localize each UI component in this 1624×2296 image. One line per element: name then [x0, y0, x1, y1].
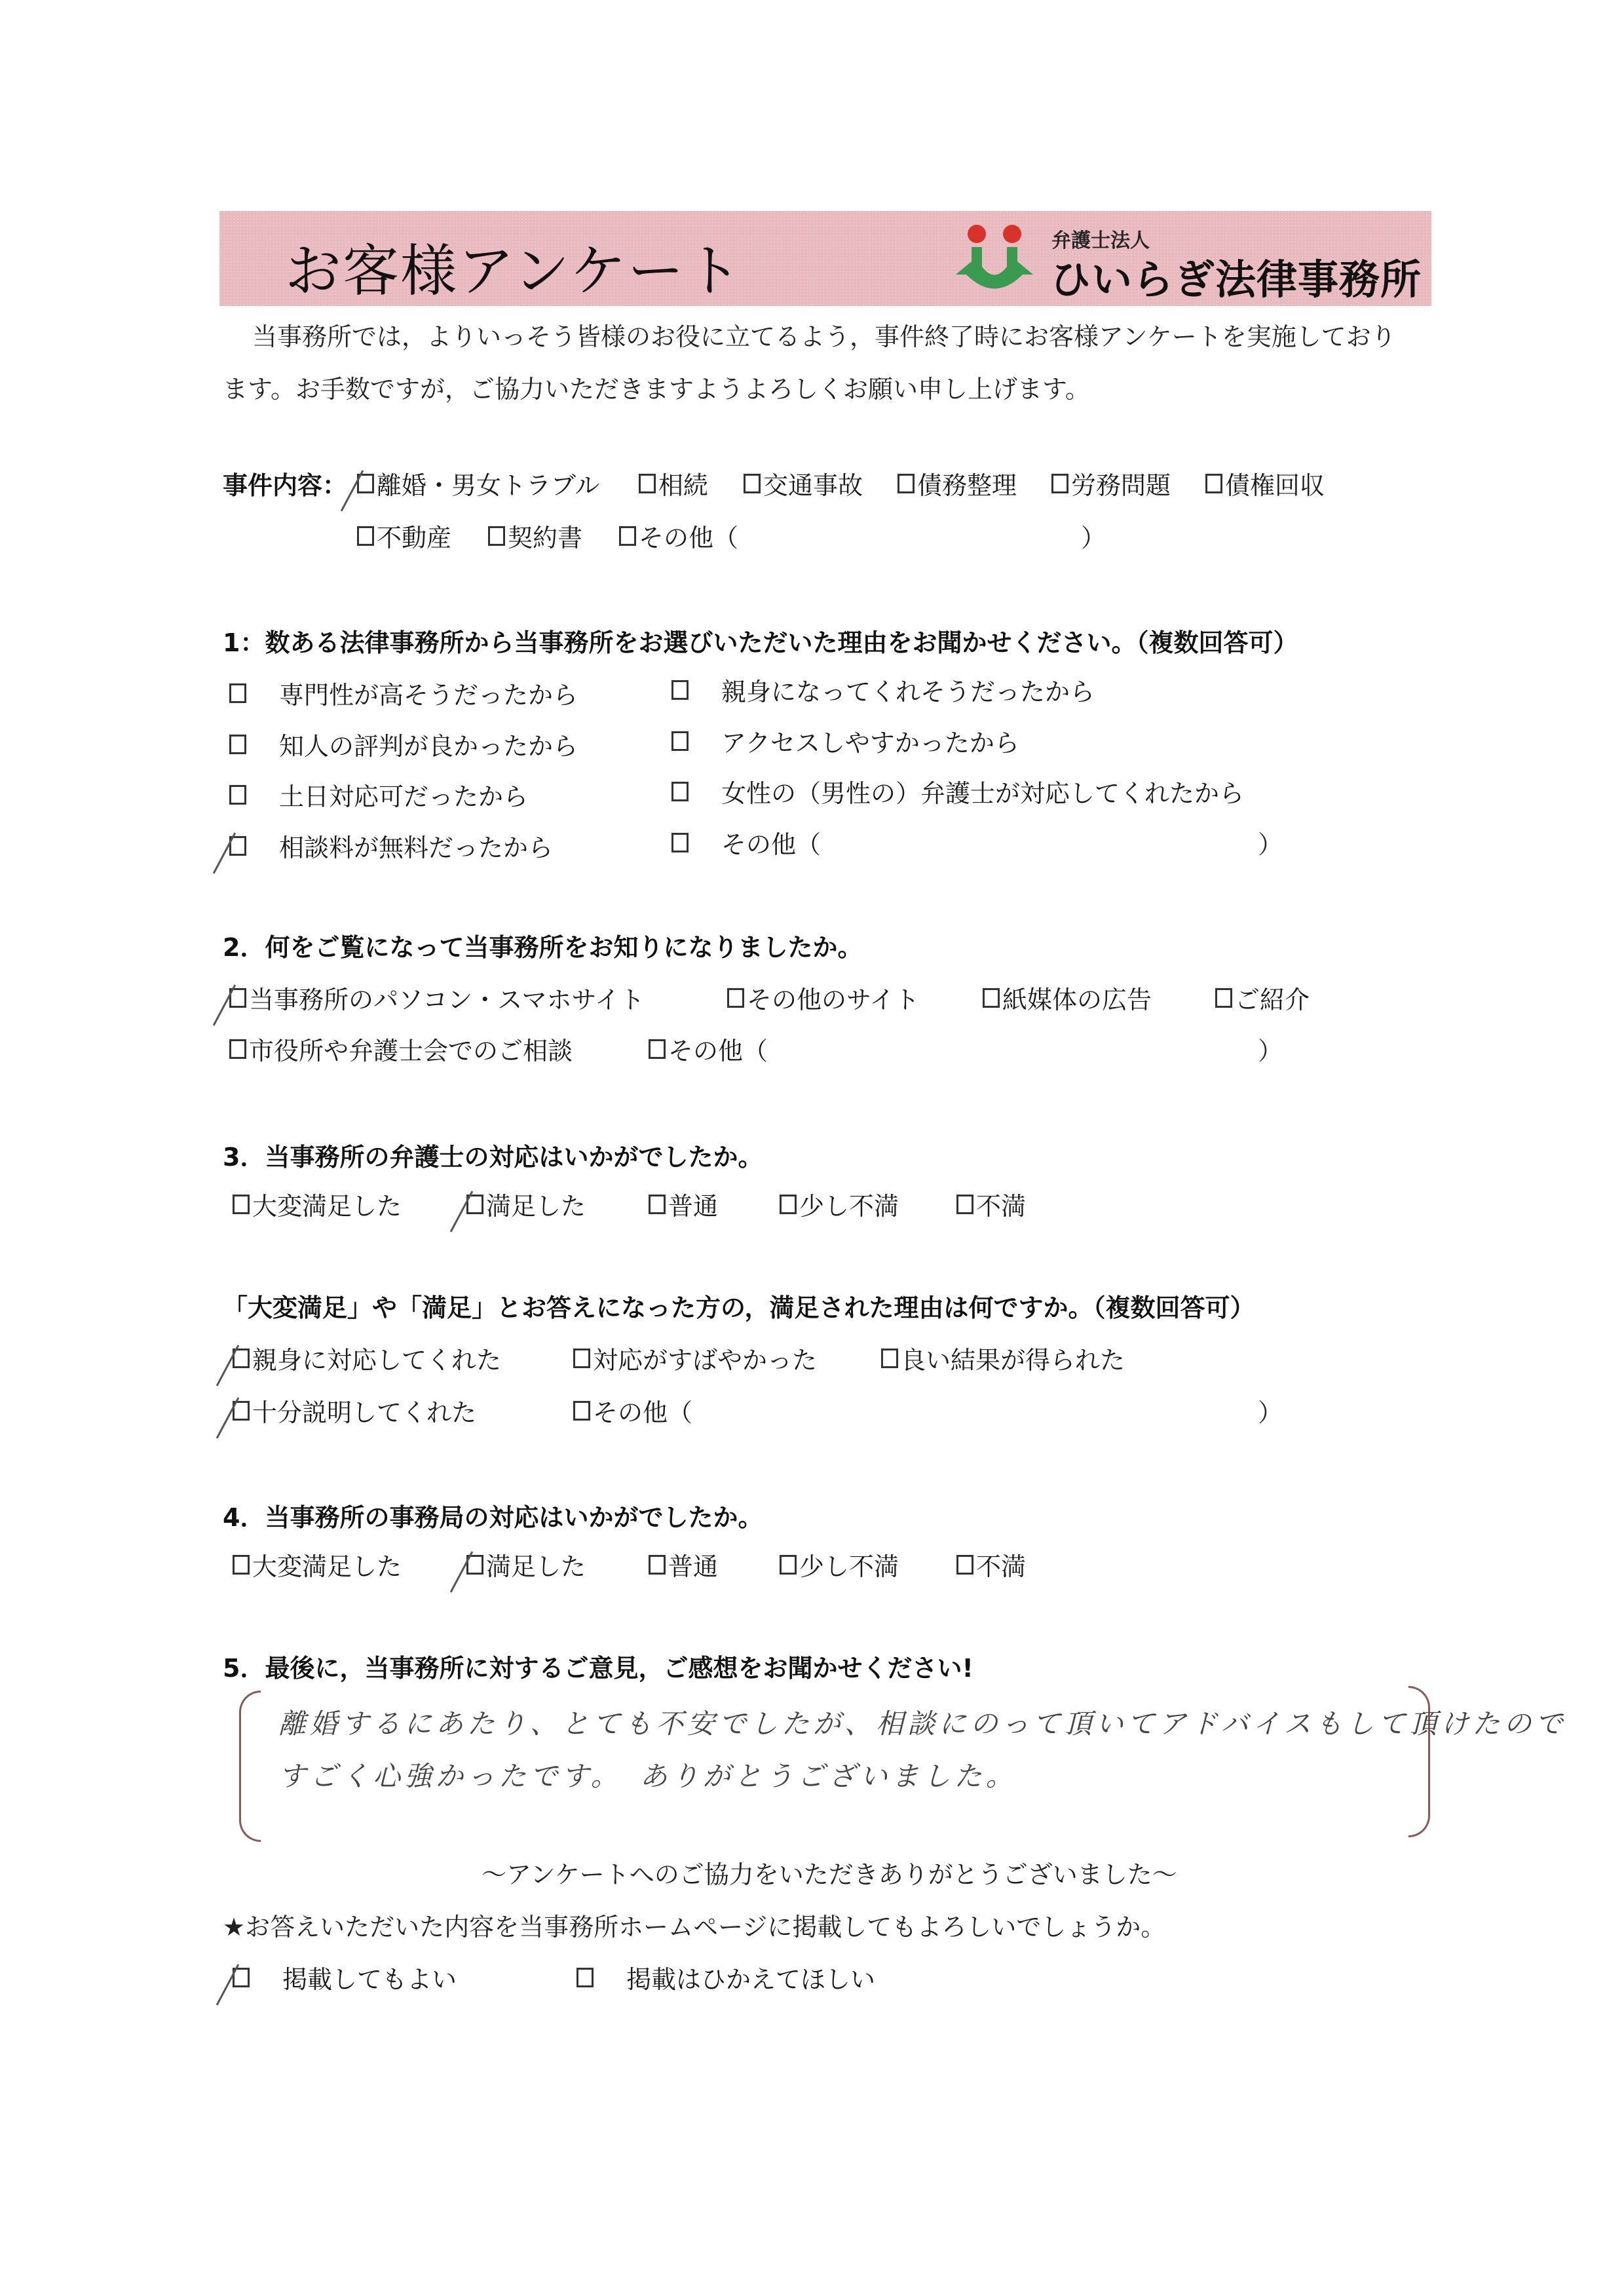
q2-option-referral[interactable]: ご紹介: [1215, 980, 1310, 1016]
q4-option-dissatisfied[interactable]: 不満: [956, 1546, 1026, 1582]
q5-title: 5．最後に，当事務所に対するご意見，ご感想をお聞かせください!: [223, 1648, 973, 1684]
q3b-option-other[interactable]: その他（: [573, 1392, 692, 1428]
checkbox[interactable]: [780, 1195, 797, 1214]
q4-option-neutral[interactable]: 普通: [649, 1546, 718, 1582]
q2-option-other[interactable]: その他（: [649, 1031, 768, 1067]
checkbox[interactable]: [671, 731, 689, 751]
q3-option-slightly-dissatisfied[interactable]: 少し不満: [780, 1186, 899, 1222]
checkbox[interactable]: [671, 680, 689, 700]
q2-option-city-office[interactable]: 市役所や弁護士会でのご相談: [229, 1031, 573, 1067]
case-option-realestate[interactable]: 不動産: [357, 518, 451, 554]
q1-option-weekend[interactable]: 土日対応可だったから: [229, 776, 528, 813]
checkbox[interactable]: [233, 1195, 250, 1214]
thanks-message: ～アンケートへのご協力をいただきありがとうございました～: [482, 1854, 1177, 1890]
case-option-other[interactable]: その他（: [619, 518, 738, 554]
checkbox[interactable]: [229, 683, 246, 703]
q4-title: 4．当事務所の事務局の対応はいかがでしたか。: [223, 1497, 763, 1533]
case-option-labor[interactable]: 労務問題: [1051, 465, 1171, 501]
q1-option-reputation[interactable]: 知人の評判が良かったから: [229, 726, 578, 762]
checkbox[interactable]: [744, 474, 761, 493]
checkbox[interactable]: [639, 474, 656, 493]
comment-bracket-left: [239, 1691, 261, 1842]
q1-title: 1：数ある法律事務所から当事務所をお選びいただいた理由をお聞かせください。（複数…: [223, 622, 1298, 659]
q4-option-slightly-dissatisfied[interactable]: 少し不満: [780, 1546, 899, 1582]
q1-other-close-paren: ）: [1258, 824, 1283, 860]
checkbox[interactable]: [956, 1195, 973, 1214]
intro-line-1: 当事務所では，よりいっそう皆様のお役に立てるよう，事件終了時にお客様アンケートを…: [252, 308, 1396, 366]
checkbox[interactable]: [671, 833, 689, 852]
q4-option-very-satisfied[interactable]: 大変満足した: [233, 1546, 402, 1582]
case-option-divorce[interactable]: 離婚・男女トラブル: [357, 465, 599, 501]
case-type-label: 事件内容：: [223, 465, 347, 501]
q2-option-print-ad[interactable]: 紙媒体の広告: [983, 980, 1152, 1016]
checkbox[interactable]: [357, 526, 374, 546]
page-title: お客様アンケート: [285, 225, 743, 307]
checkbox-checked[interactable]: [233, 1401, 250, 1421]
firm-logo-icon: [952, 221, 1037, 296]
checkbox-checked[interactable]: [233, 1968, 250, 1987]
q3-option-satisfied[interactable]: 満足した: [466, 1186, 586, 1222]
publish-option-ok[interactable]: 掲載してもよい: [233, 1959, 457, 1995]
checkbox[interactable]: [649, 1039, 666, 1059]
checkbox[interactable]: [1215, 988, 1232, 1008]
q3b-option-explained[interactable]: 十分説明してくれた: [233, 1392, 476, 1428]
q3-title: 3．当事務所の弁護士の対応はいかがでしたか。: [223, 1137, 763, 1173]
case-option-contract[interactable]: 契約書: [488, 518, 582, 554]
checkbox[interactable]: [229, 1039, 246, 1059]
checkbox[interactable]: [727, 988, 744, 1008]
checkbox-checked[interactable]: [357, 474, 374, 493]
case-option-debt[interactable]: 債務整理: [897, 465, 1017, 501]
q1-option-other[interactable]: その他（: [671, 824, 821, 860]
checkbox-checked[interactable]: [466, 1195, 483, 1214]
checkbox[interactable]: [956, 1555, 973, 1575]
intro-line-2: ます。お手数ですが，ご協力いただきますようよろしくお願い申し上げます。: [223, 360, 1090, 418]
q1-option-access[interactable]: アクセスしやすかったから: [671, 723, 1019, 759]
publish-question: ★お答えいただいた内容を当事務所ホームページに掲載してもよろしいでしょうか。: [223, 1907, 1165, 1943]
q3-option-very-satisfied[interactable]: 大変満足した: [233, 1186, 402, 1222]
q1-option-expertise[interactable]: 専門性が高そうだったから: [229, 675, 578, 711]
checkbox[interactable]: [488, 526, 505, 546]
checkbox-checked[interactable]: [229, 836, 246, 856]
checkbox-checked[interactable]: [229, 988, 246, 1008]
q3b-option-caring[interactable]: 親身に対応してくれた: [233, 1340, 501, 1376]
checkbox[interactable]: [573, 1401, 590, 1421]
checkbox[interactable]: [233, 1555, 250, 1575]
q1-option-free-consult[interactable]: 相談料が無料だったから: [229, 828, 553, 864]
q2-option-other-site[interactable]: その他のサイト: [727, 980, 919, 1016]
q3b-option-good-result[interactable]: 良い結果が得られた: [881, 1340, 1125, 1376]
q4-option-satisfied[interactable]: 満足した: [466, 1546, 586, 1582]
checkbox[interactable]: [780, 1555, 797, 1575]
q3b-other-close-paren: ）: [1258, 1392, 1283, 1428]
checkbox[interactable]: [881, 1349, 898, 1368]
checkbox[interactable]: [649, 1555, 666, 1575]
case-option-inheritance[interactable]: 相続: [639, 465, 708, 501]
q2-other-close-paren: ）: [1258, 1031, 1283, 1067]
checkbox-checked[interactable]: [466, 1555, 483, 1575]
firm-name: ひいらぎ法律事務所: [1050, 247, 1422, 305]
checkbox[interactable]: [671, 782, 689, 801]
checkbox[interactable]: [619, 526, 636, 546]
case-other-close-paren: ）: [1081, 518, 1106, 554]
checkbox[interactable]: [983, 988, 1000, 1008]
q3-option-dissatisfied[interactable]: 不満: [956, 1186, 1026, 1222]
checkbox[interactable]: [1051, 474, 1068, 493]
case-option-traffic[interactable]: 交通事故: [744, 465, 863, 501]
checkbox[interactable]: [229, 735, 246, 754]
q3b-title: 「大変満足」や「満足」とお答えになった方の，満足された理由は何ですか。（複数回答…: [223, 1288, 1255, 1324]
q3b-option-quick[interactable]: 対応がすばやかった: [573, 1340, 817, 1376]
comment-line-1[interactable]: 離婚するにあたり、とても不安でしたが、相談にのって頂いてアドバイスもして頂けたの…: [278, 1694, 1566, 1754]
checkbox[interactable]: [897, 474, 915, 493]
q2-option-website[interactable]: 当事務所のパソコン・スマホサイト: [229, 980, 645, 1016]
comment-line-2[interactable]: すごく心強かったです。 ありがとうございました。: [278, 1746, 1017, 1807]
checkbox[interactable]: [576, 1968, 594, 1987]
checkbox[interactable]: [229, 785, 246, 805]
q3-option-neutral[interactable]: 普通: [649, 1186, 718, 1222]
publish-option-decline[interactable]: 掲載はひかえてほしい: [576, 1959, 875, 1995]
checkbox[interactable]: [573, 1349, 590, 1368]
checkbox[interactable]: [1205, 474, 1222, 493]
checkbox[interactable]: [649, 1195, 666, 1214]
header-band: お客様アンケート 弁護士法人 ひいらぎ法律事務所: [219, 211, 1431, 306]
case-option-collection[interactable]: 債権回収: [1205, 465, 1325, 501]
q1-option-gender[interactable]: 女性の（男性の）弁護士が対応してくれたから: [671, 773, 1244, 809]
checkbox-checked[interactable]: [233, 1349, 250, 1368]
q2-title: 2．何をご覧になって当事務所をお知りになりましたか。: [223, 927, 862, 963]
q1-option-caring[interactable]: 親身になってくれそうだったから: [671, 672, 1095, 708]
